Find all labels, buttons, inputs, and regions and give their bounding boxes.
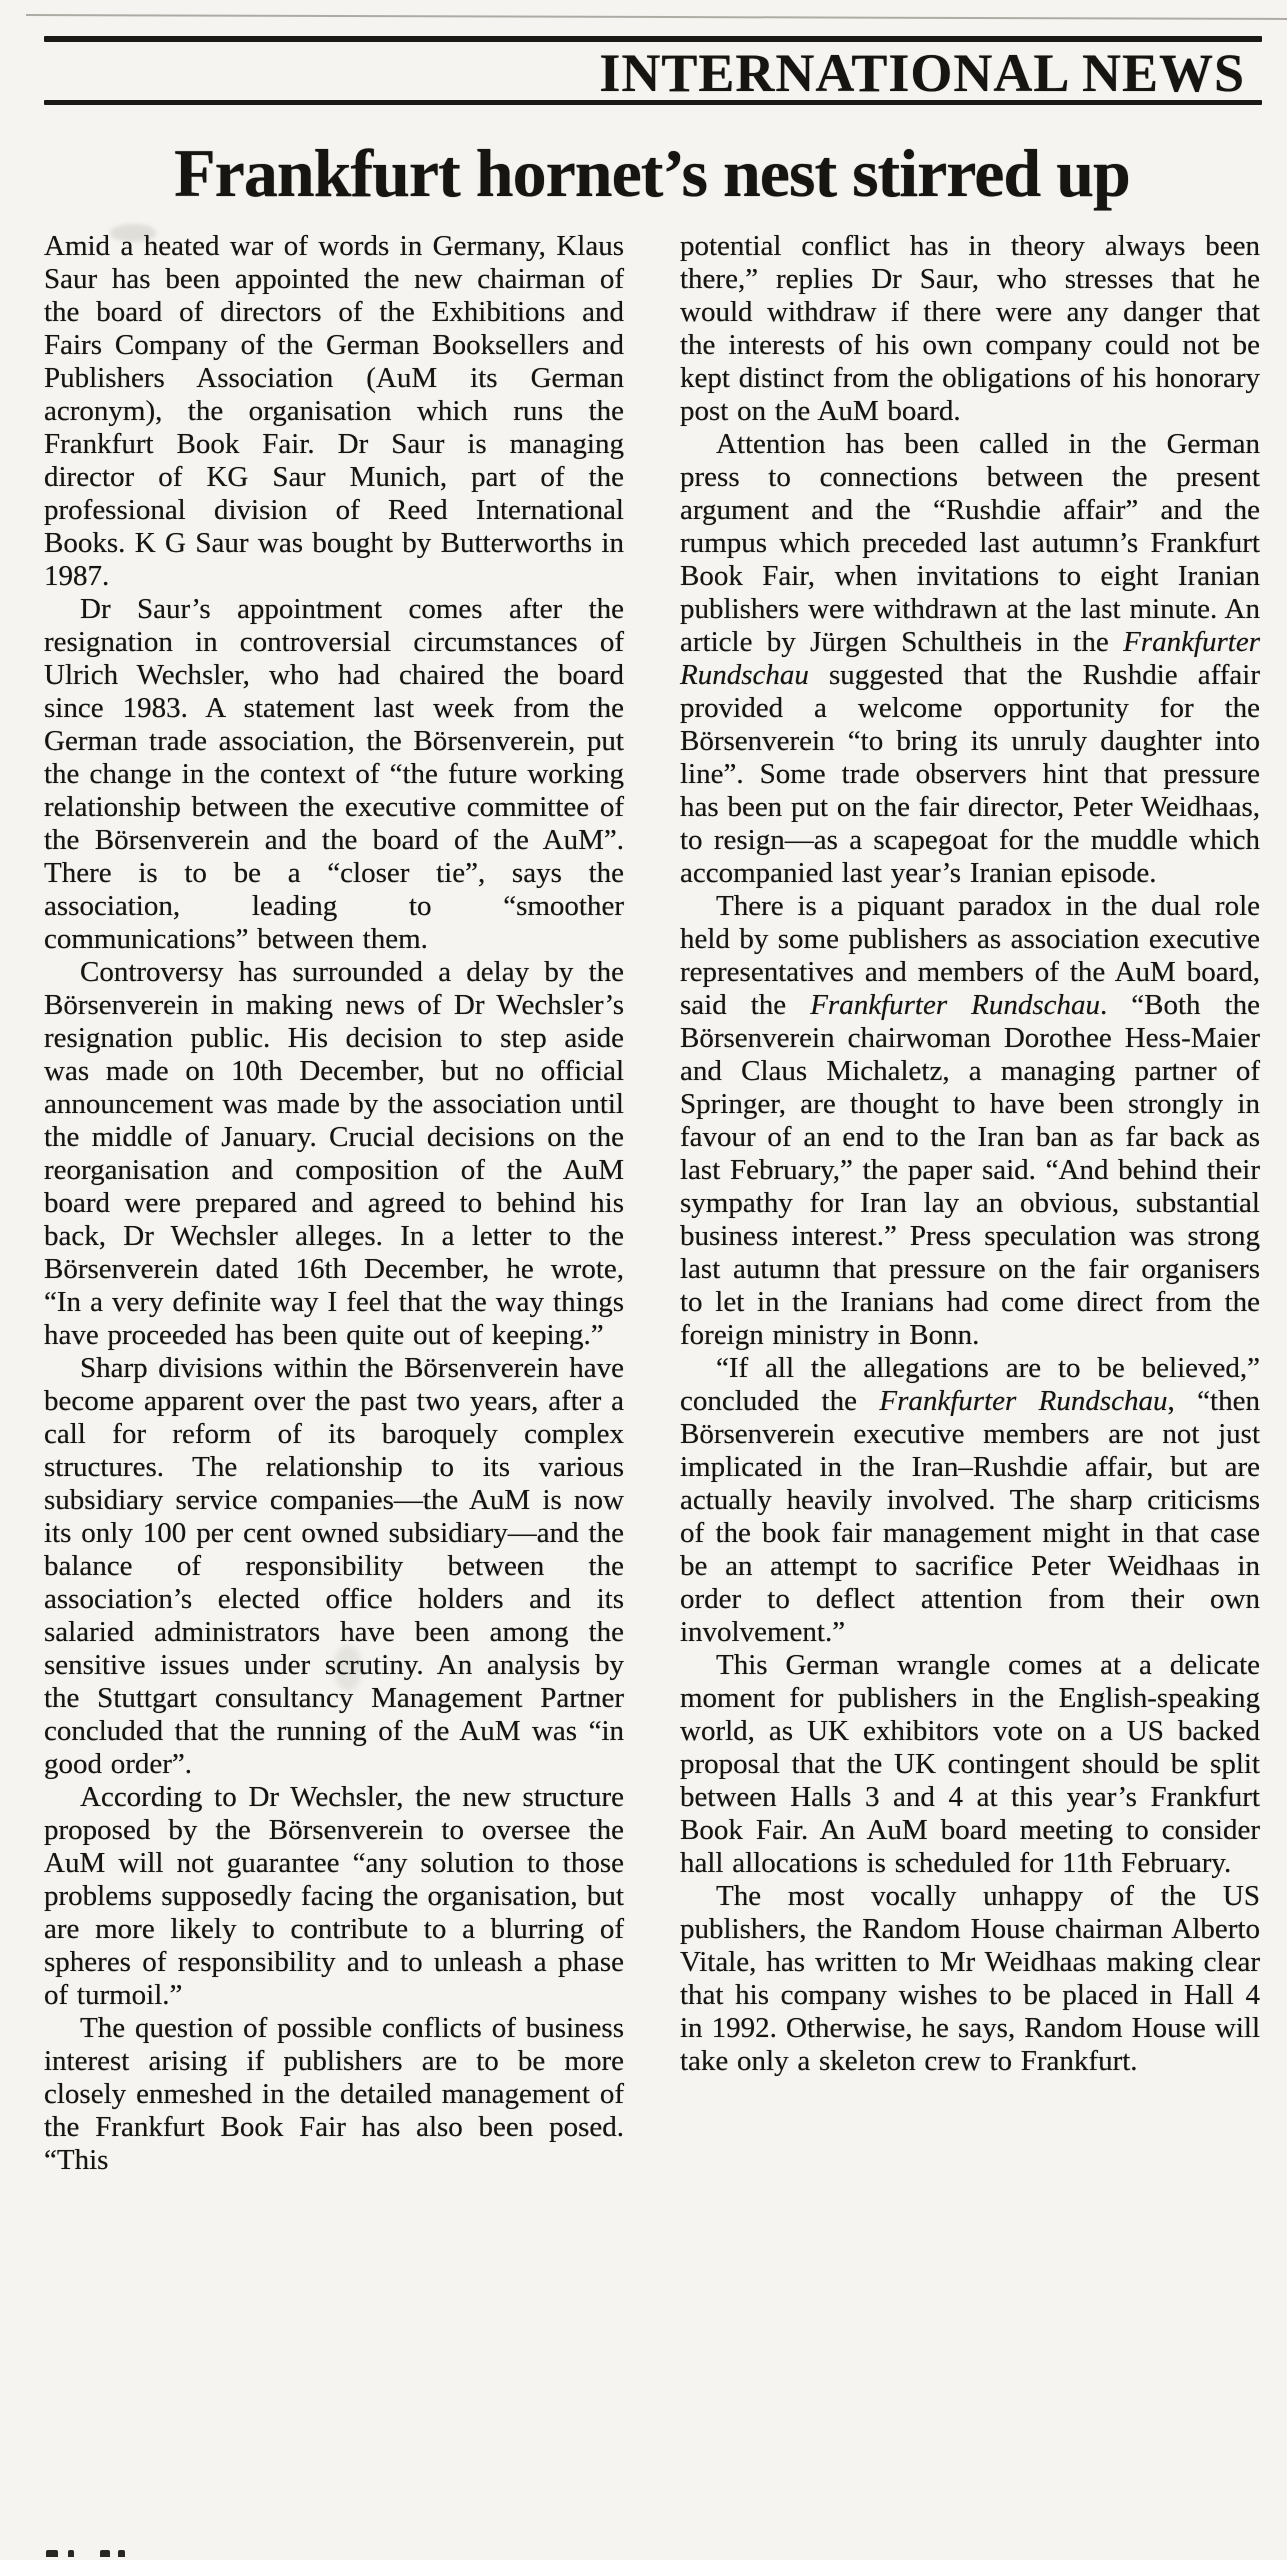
- newspaper-page: INTERNATIONAL NEWS Frankfurt hornet’s ne…: [0, 0, 1287, 2560]
- paragraph-text: potential conflict has in theory always …: [680, 230, 1260, 427]
- article-paragraph: This German wrangle comes at a delicate …: [680, 1649, 1260, 1880]
- article-paragraph: potential conflict has in theory always …: [680, 230, 1260, 428]
- paragraph-text: Controversy has surrounded a delay by th…: [44, 956, 624, 1351]
- article-body: Amid a heated war of words in Germany, K…: [44, 230, 1260, 2177]
- paragraph-text: , “then Börsenverein executive members a…: [680, 1385, 1260, 1648]
- article-paragraph: Controversy has surrounded a delay by th…: [44, 956, 624, 1352]
- scan-artifact-line: [26, 14, 1287, 20]
- article-paragraph: According to Dr Wechsler, the new struct…: [44, 1781, 624, 2012]
- italic-publication-name: Frankfurter Rundschau: [810, 989, 1100, 1021]
- article-paragraph: The question of possible conflicts of bu…: [44, 2012, 624, 2177]
- article-paragraph: Dr Saur’s appointment comes after the re…: [44, 593, 624, 956]
- italic-publication-name: Frankfurter Rundschau: [879, 1385, 1167, 1417]
- paragraph-text: Sharp divisions within the Börsenverein …: [44, 1352, 624, 1780]
- article-paragraph: Sharp divisions within the Börsenverein …: [44, 1352, 624, 1781]
- paragraph-text: Dr Saur’s appointment comes after the re…: [44, 593, 624, 955]
- article-paragraph: Attention has been called in the German …: [680, 428, 1260, 890]
- article-paragraph: “If all the allegations are to be believ…: [680, 1352, 1260, 1649]
- paragraph-text: Amid a heated war of words in Germany, K…: [44, 230, 624, 592]
- paragraph-text: The most vocally unhappy of the US publi…: [680, 1880, 1260, 2077]
- scan-smudge: [334, 1645, 362, 1691]
- article-paragraph: The most vocally unhappy of the US publi…: [680, 1880, 1260, 2078]
- article-paragraph: Amid a heated war of words in Germany, K…: [44, 230, 624, 593]
- cut-off-next-line-fragment: [46, 2550, 286, 2560]
- article-headline: Frankfurt hornet’s nest stirred up: [44, 139, 1260, 207]
- article-paragraph: There is a piquant paradox in the dual r…: [680, 890, 1260, 1352]
- paragraph-text: This German wrangle comes at a delicate …: [680, 1649, 1260, 1879]
- paragraph-text: . “Both the Börsenverein chairwoman Doro…: [680, 989, 1260, 1351]
- paragraph-text: The question of possible conflicts of bu…: [44, 2012, 624, 2176]
- paragraph-text: Attention has been called in the German …: [680, 428, 1260, 658]
- article-column-left: Amid a heated war of words in Germany, K…: [44, 230, 624, 2177]
- masthead-top-rule: [44, 36, 1262, 42]
- paragraph-text: suggested that the Rushdie affair provid…: [680, 659, 1260, 889]
- section-title: INTERNATIONAL NEWS: [599, 46, 1245, 100]
- article-column-right: potential conflict has in theory always …: [680, 230, 1260, 2177]
- scan-smudge: [110, 224, 156, 242]
- masthead-bottom-rule: [44, 100, 1262, 105]
- paragraph-text: According to Dr Wechsler, the new struct…: [44, 1781, 624, 2011]
